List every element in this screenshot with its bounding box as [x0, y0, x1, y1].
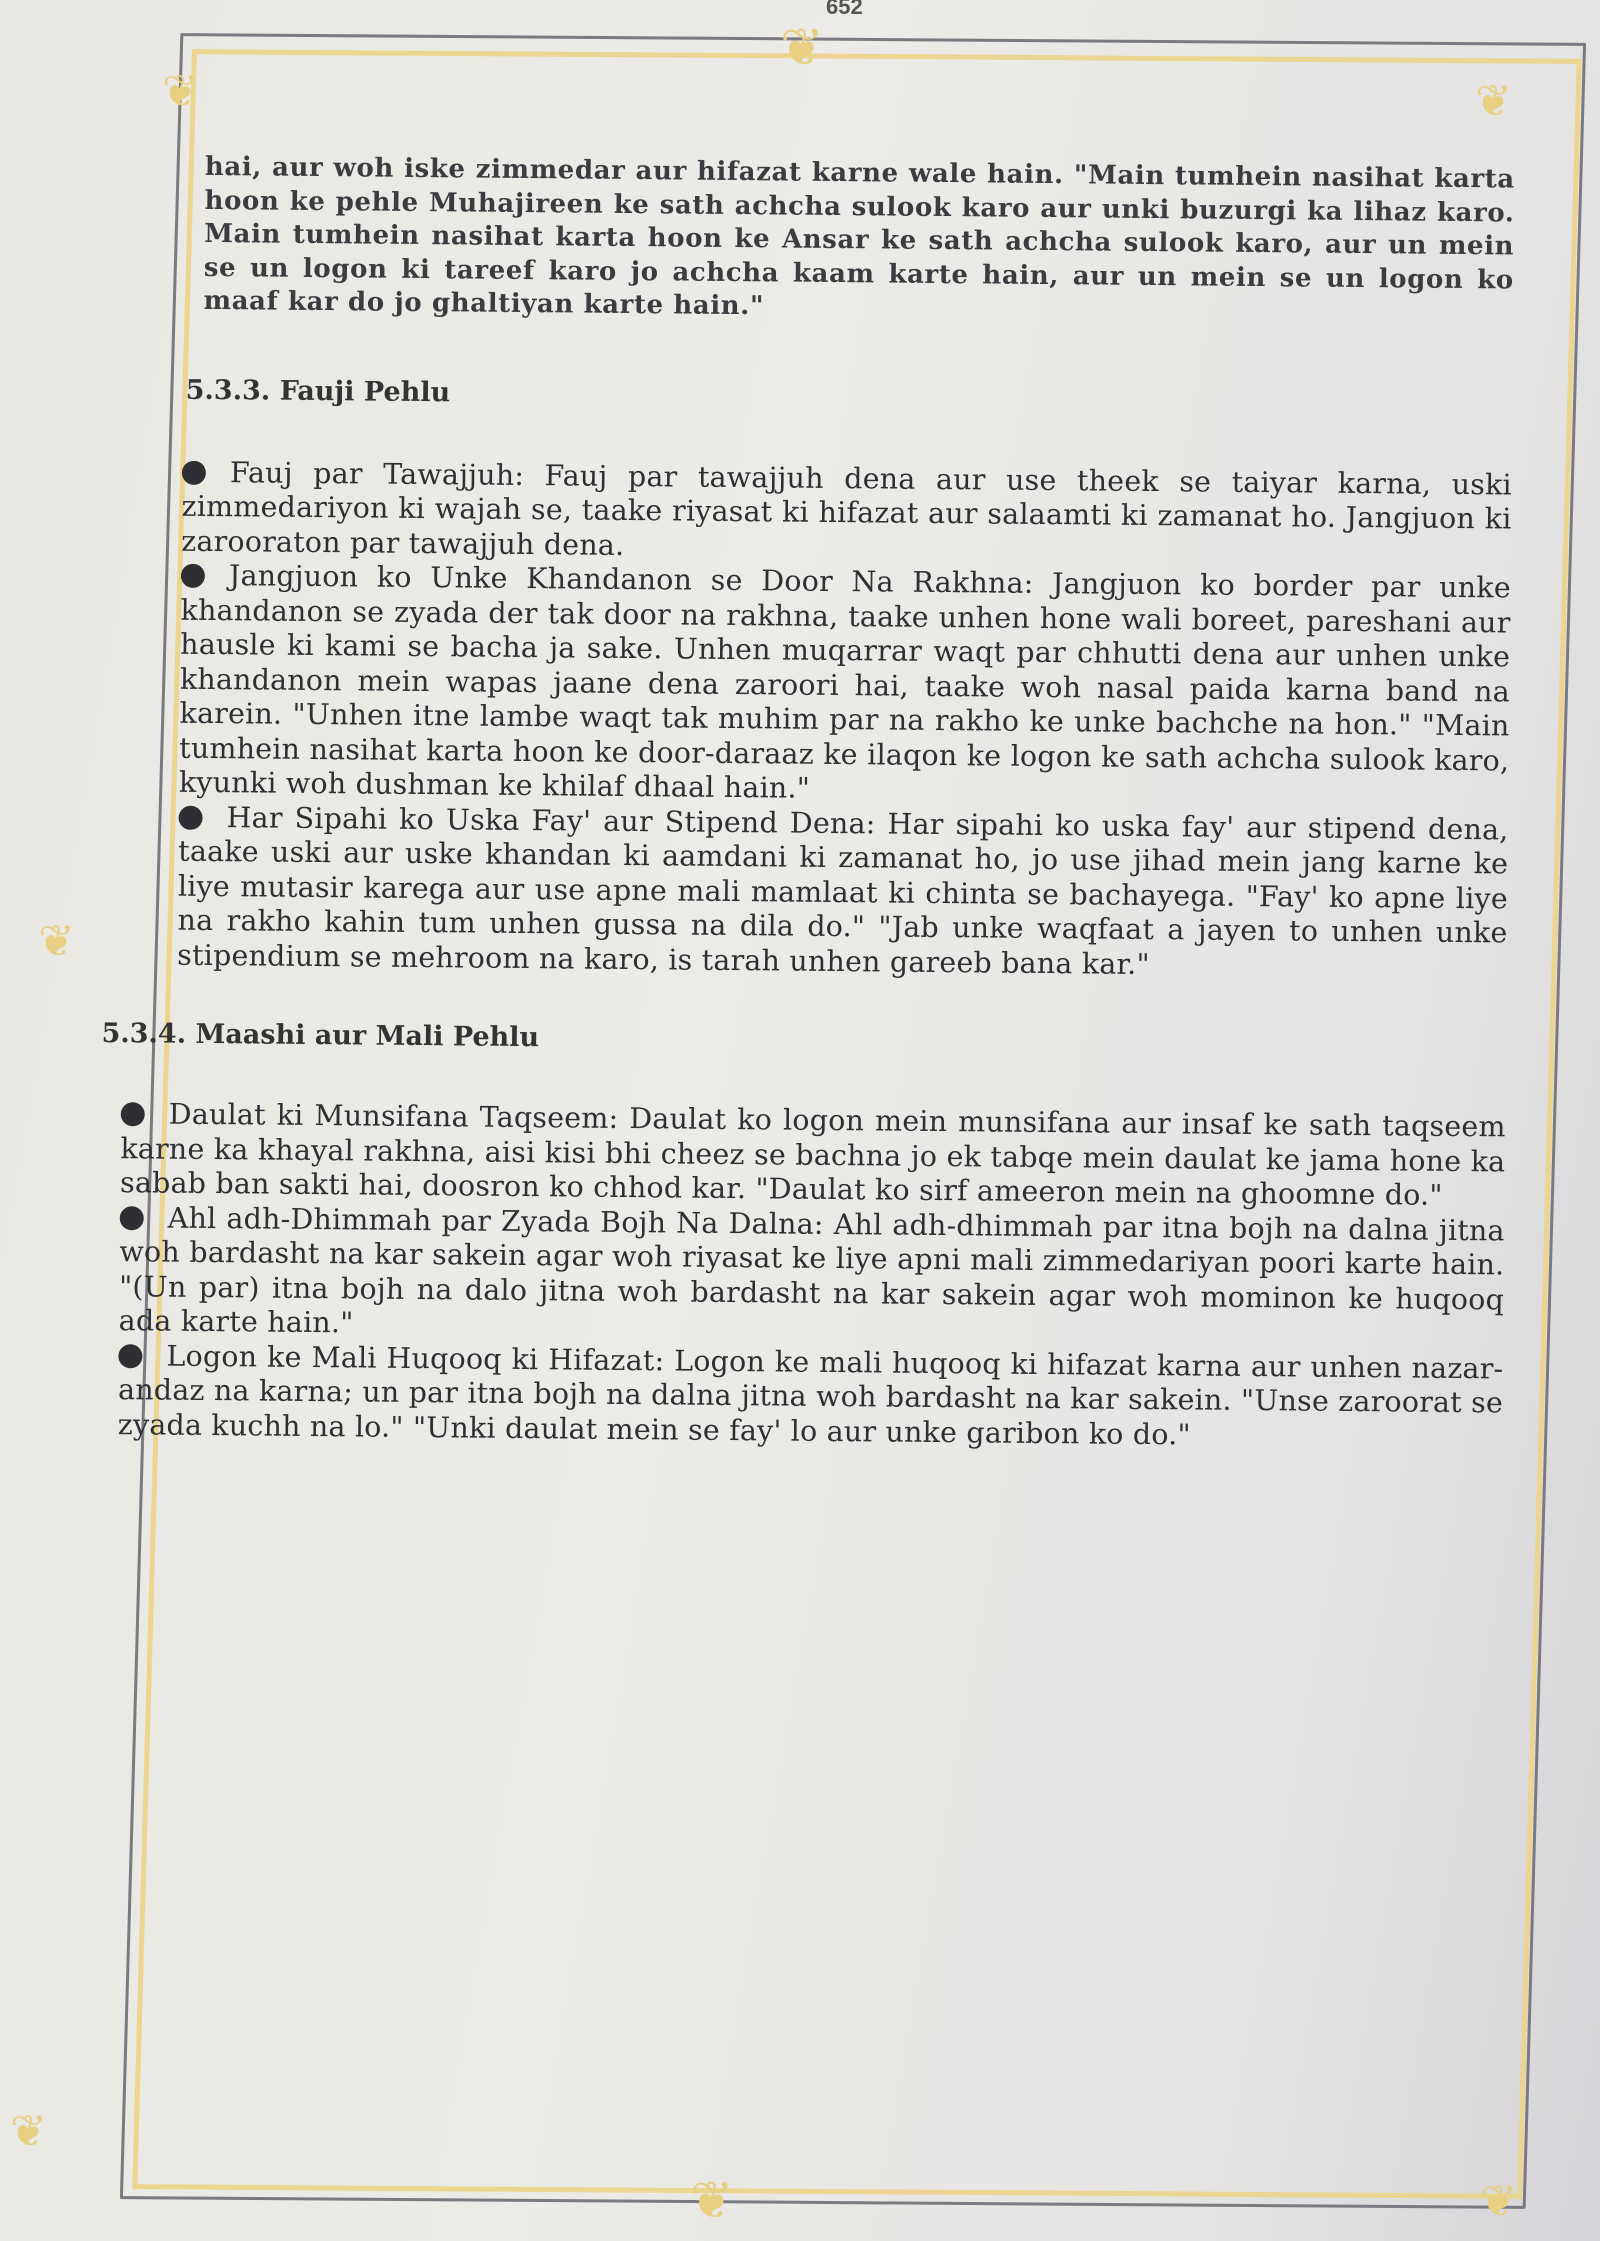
- section-maashi-list: Daulat ki Munsifana Taqseem: Daulat ko l…: [118, 1097, 1506, 1455]
- bullet-icon: [181, 564, 205, 588]
- list-item: Jangjuon ko Unke Khandanon se Door Na Ra…: [179, 559, 1511, 813]
- list-item: Har Sipahi ko Uska Fay' aur Stipend Dena…: [177, 800, 1509, 985]
- section-heading-fauji-pehlu: 5.3.3. Fauji Pehlu: [186, 374, 1498, 418]
- top-left-ornament-icon: ❦: [162, 70, 199, 114]
- list-item: Logon ke Mali Huqooq ki Hifazat: Logon k…: [118, 1339, 1504, 1456]
- section-heading-maashi-aur-mali-pehlu: 5.3.4. Maashi aur Mali Pehlu: [101, 1018, 1491, 1062]
- list-item-text: Daulat ki Munsifana Taqseem: Daulat ko l…: [120, 1098, 1506, 1212]
- list-item: Ahl adh-Dhimmah par Zyada Bojh Na Dalna:…: [119, 1201, 1505, 1352]
- list-item-text: Jangjuon ko Unke Khandanon se Door Na Ra…: [179, 559, 1511, 805]
- left-middle-ornament-icon: ❦: [38, 920, 75, 964]
- list-item: Daulat ki Munsifana Taqseem: Daulat ko l…: [120, 1097, 1506, 1214]
- page-body: hai, aur woh iske zimmedar aur hifazat k…: [98, 150, 1500, 1455]
- list-item-text: Ahl adh-Dhimmah par Zyada Bojh Na Dalna:…: [119, 1201, 1505, 1339]
- list-item-text: Fauj par Tawajjuh: Fauj par tawajjuh den…: [181, 456, 1512, 562]
- top-center-ornament-icon: ❦: [780, 22, 824, 74]
- bullet-icon: [182, 460, 206, 484]
- list-item: Fauj par Tawajjuh: Fauj par tawajjuh den…: [181, 455, 1512, 571]
- page-number: 652: [826, 0, 863, 20]
- bottom-right-ornament-icon: ❦: [1480, 2180, 1517, 2224]
- top-right-ornament-icon: ❦: [1475, 80, 1512, 124]
- bullet-icon: [120, 1206, 144, 1230]
- list-item-text: Har Sipahi ko Uska Fay' aur Stipend Dena…: [177, 801, 1509, 981]
- section-fauji-pehlu-list: Fauj par Tawajjuh: Fauj par tawajjuh den…: [177, 455, 1512, 985]
- bullet-icon: [118, 1344, 142, 1368]
- bottom-left-ornament-icon: ❦: [10, 2110, 47, 2154]
- bullet-icon: [121, 1102, 145, 1126]
- bullet-icon: [178, 805, 202, 829]
- intro-paragraph: hai, aur woh iske zimmedar aur hifazat k…: [203, 151, 1515, 331]
- bottom-center-ornament-icon: ❦: [690, 2175, 734, 2227]
- list-item-text: Logon ke Mali Huqooq ki Hifazat: Logon k…: [118, 1339, 1504, 1451]
